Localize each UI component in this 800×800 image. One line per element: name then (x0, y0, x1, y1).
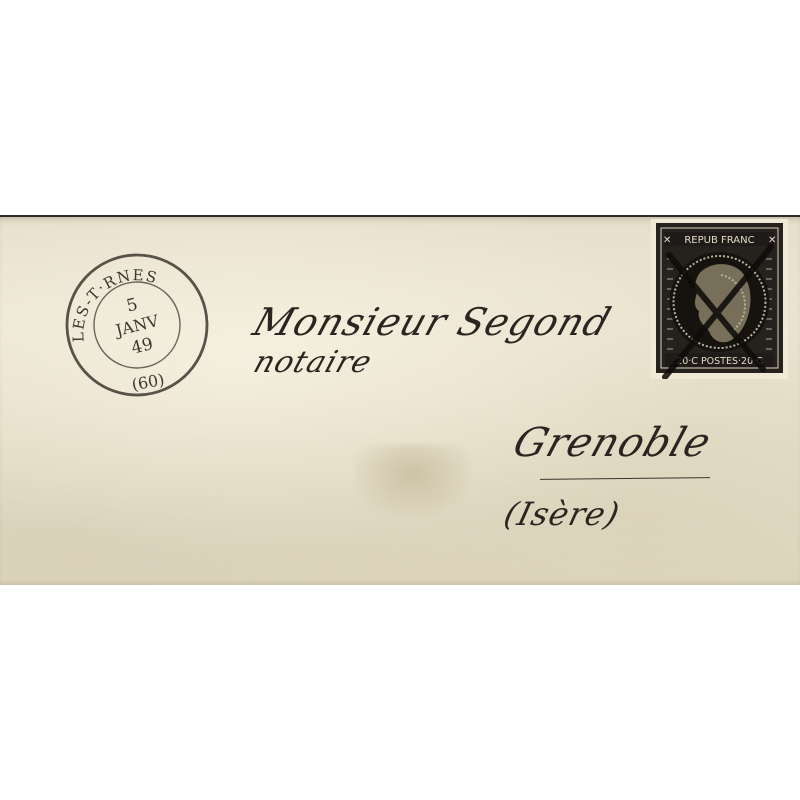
corner-ornament-icon: ✕ (663, 235, 671, 246)
address-department: (Isère) (500, 495, 624, 533)
address-line-recipient: Monsieur Segond (248, 300, 617, 344)
postmark-year: 49 (129, 334, 155, 359)
postmark-month: JANV (112, 311, 161, 341)
postmark: LES-T·RNES 5 JANV 49 (60) (61, 249, 212, 400)
ceres-stamp: REPUB FRANC ✕ ✕ 20·C POSTES·20·C (651, 219, 788, 379)
address-line-profession: notaire (249, 345, 376, 380)
address-city: Grenoble (508, 420, 718, 466)
stamp-top-text: REPUB FRANC (684, 235, 754, 246)
postmark-day: 5 (124, 295, 139, 317)
paper-stain (355, 445, 470, 515)
